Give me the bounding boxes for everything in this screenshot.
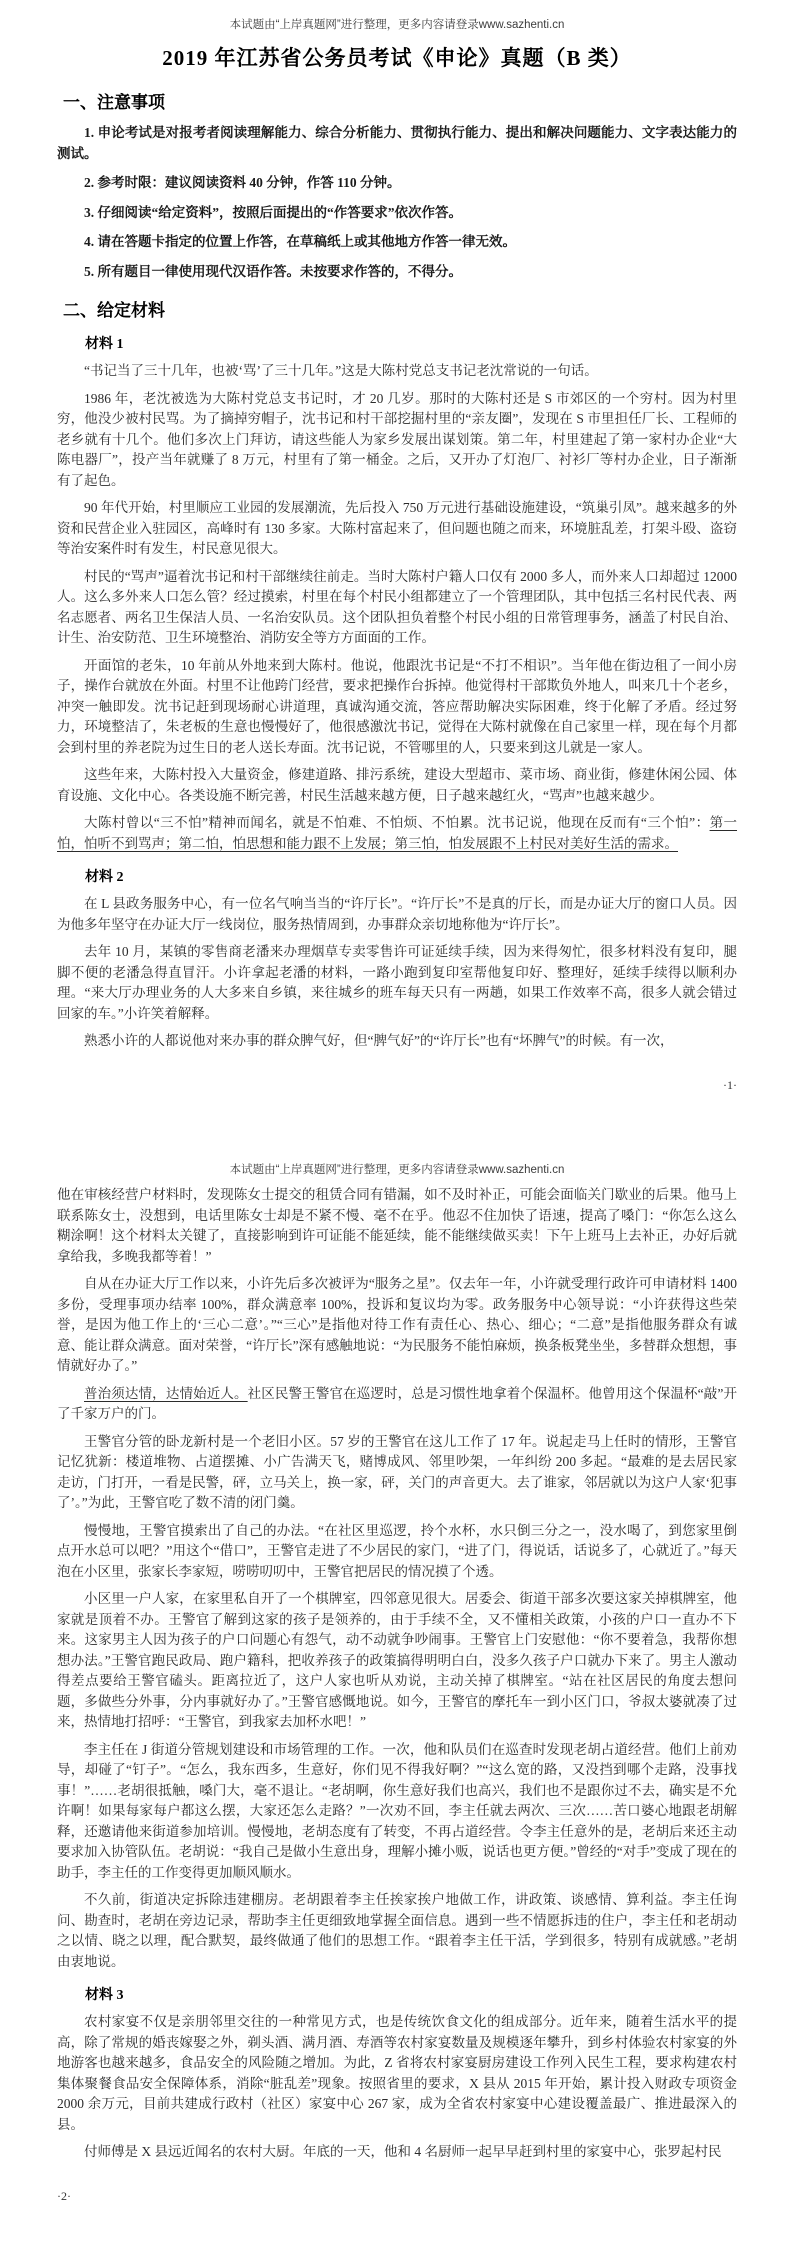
text-segment: 一、注意事项 <box>63 93 165 112</box>
paragraph: 农村家宴不仅是亲朋邻里交往的一种常见方式，也是传统饮食文化的组成部分。近年来，随… <box>57 2012 737 2135</box>
paragraph: 普治须达情，达情始近人。社区民警王警官在巡逻时，总是习惯性地拿着个保温杯。他曾用… <box>57 1384 737 1425</box>
text-segment: 王警官分管的卧龙新村是一个老旧小区。57 岁的王警官在这儿工作了 17 年。说起… <box>57 1434 737 1511</box>
text-segment: 村民的“骂声”逼着沈书记和村干部继续往前走。当时大陈村户籍人口仅有 2000 多… <box>57 569 737 646</box>
notice-item: 1. 申论考试是对报考者阅读理解能力、综合分析能力、贯彻执行能力、提出和解决问题… <box>57 123 737 164</box>
text-segment: 材料 3 <box>85 1988 124 2003</box>
text-segment: 这些年来，大陈村投入大量资金，修建道路、排污系统，建设大型超市、菜市场、商业街，… <box>57 767 737 803</box>
paragraph: 不久前，街道决定拆除违建棚房。老胡跟着李主任挨家挨户地做工作，讲政策、谈感情、算… <box>57 1890 737 1972</box>
text-segment: 自从在办证大厅工作以来，小许先后多次被评为“服务之星”。仅去年一年，小许就受理行… <box>57 1276 737 1373</box>
text-segment: 熟悉小许的人都说他对来办事的群众脾气好，但“脾气好”的“许厅长”也有“坏脾气”的… <box>84 1033 673 1048</box>
paragraph: 熟悉小许的人都说他对来办事的群众脾气好，但“脾气好”的“许厅长”也有“坏脾气”的… <box>57 1031 737 1052</box>
page-number: ·1· <box>723 1078 737 1093</box>
paragraph: 这些年来，大陈村投入大量资金，修建道路、排污系统，建设大型超市、菜市场、商业街，… <box>57 765 737 806</box>
doc-title: 2019 年江苏省公务员考试《申论》真题（B 类） <box>57 42 737 72</box>
text-segment: 农村家宴不仅是亲朋邻里交往的一种常见方式，也是传统饮食文化的组成部分。近年来，随… <box>57 2014 737 2132</box>
notice-item: 4. 请在答题卡指定的位置上作答，在草稿纸上或其他地方作答一律无效。 <box>57 232 737 253</box>
text-segment: 3. 仔细阅读“给定资料”，按照后面提出的“作答要求”依次作答。 <box>84 205 462 220</box>
text-segment: 不久前，街道决定拆除违建棚房。老胡跟着李主任挨家挨户地做工作，讲政策、谈感情、算… <box>57 1892 737 1969</box>
text-segment: 4. 请在答题卡指定的位置上作答，在草稿纸上或其他地方作答一律无效。 <box>84 234 516 249</box>
text-segment: 李主任在 J 街道分管规划建设和市场管理的工作。一次，他和队员们在巡查时发现老胡… <box>57 1742 737 1880</box>
page-header-note: 本试题由“上岸真题网”进行整理，更多内容请登录www.sazhenti.cn <box>57 16 737 32</box>
text-segment: 小区里一户人家，在家里私自开了一个棋牌室，四邻意见很大。居委会、街道干部多次要这… <box>57 1591 737 1729</box>
page1-content: 一、注意事项1. 申论考试是对报考者阅读理解能力、综合分析能力、贯彻执行能力、提… <box>57 88 737 1052</box>
paragraph: 大陈村曾以“三不怕”精神而闻名，就是不怕难、不怕烦、不怕累。沈书记说，他现在反而… <box>57 813 737 854</box>
text-segment: 大陈村曾以“三不怕”精神而闻名，就是不怕难、不怕烦、不怕累。沈书记说，他现在反而… <box>84 815 710 830</box>
text-segment: 材料 1 <box>85 337 124 352</box>
paragraph: 去年 10 月，某镇的零售商老潘来办理烟草专卖零售许可证延续手续，因为来得匆忙，… <box>57 942 737 1024</box>
text-segment: 慢慢地，王警官摸索出了自己的办法。“在社区里巡逻，拎个水杯，水只倒三分之一，没水… <box>57 1523 737 1579</box>
page-header-note: 本试题由“上岸真题网”进行整理，更多内容请登录www.sazhenti.cn <box>57 1161 737 1177</box>
material-heading: 材料 2 <box>57 866 737 886</box>
text-segment: 1986 年，老沈被选为大陈村党总支书记时，才 20 几岁。那时的大陈村还是 S… <box>57 391 737 488</box>
paragraph: 王警官分管的卧龙新村是一个老旧小区。57 岁的王警官在这儿工作了 17 年。说起… <box>57 1432 737 1514</box>
text-segment: 1. 申论考试是对报考者阅读理解能力、综合分析能力、贯彻执行能力、提出和解决问题… <box>57 125 737 161</box>
text-segment: 90 年代开始，村里顺应工业园的发展潮流，先后投入 750 万元进行基础设施建设… <box>57 500 737 556</box>
text-segment: “书记当了三十几年，也被‘骂’了三十几年。”这是大陈村党总支书记老沈常说的一句话… <box>84 363 598 378</box>
text-segment: 5. 所有题目一律使用现代汉语作答。未按要求作答的，不得分。 <box>84 264 462 279</box>
paragraph: 付师傅是 X 县远近闻名的农村大厨。年底的一天，他和 4 名厨师一起早早赶到村里… <box>57 2142 737 2163</box>
notice-item: 3. 仔细阅读“给定资料”，按照后面提出的“作答要求”依次作答。 <box>57 203 737 224</box>
notice-item: 2. 参考时限：建议阅读资料 40 分钟，作答 110 分钟。 <box>57 173 737 194</box>
paragraph: 小区里一户人家，在家里私自开了一个棋牌室，四邻意见很大。居委会、街道干部多次要这… <box>57 1589 737 1733</box>
paragraph: “书记当了三十几年，也被‘骂’了三十几年。”这是大陈村党总支书记老沈常说的一句话… <box>57 361 737 382</box>
paragraph: 1986 年，老沈被选为大陈村党总支书记时，才 20 几岁。那时的大陈村还是 S… <box>57 389 737 492</box>
underlined-text: 普治须达情，达情始近人。 <box>84 1386 248 1401</box>
paragraph: 在 L 县政务服务中心，有一位名气响当当的“许厅长”。“许厅长”不是真的厅长，而… <box>57 894 737 935</box>
paragraph: 李主任在 J 街道分管规划建设和市场管理的工作。一次，他和队员们在巡查时发现老胡… <box>57 1740 737 1884</box>
notice-item: 5. 所有题目一律使用现代汉语作答。未按要求作答的，不得分。 <box>57 262 737 283</box>
paragraph: 开面馆的老朱，10 年前从外地来到大陈村。他说，他跟沈书记是“不打不相识”。当年… <box>57 656 737 759</box>
text-segment: 开面馆的老朱，10 年前从外地来到大陈村。他说，他跟沈书记是“不打不相识”。当年… <box>57 658 737 755</box>
text-segment: 在 L 县政务服务中心，有一位名气响当当的“许厅长”。“许厅长”不是真的厅长，而… <box>57 896 737 932</box>
page-number: ·2· <box>57 2189 71 2204</box>
page-2: 本试题由“上岸真题网”进行整理，更多内容请登录www.sazhenti.cn 他… <box>0 1145 794 2244</box>
text-segment: 去年 10 月，某镇的零售商老潘来办理烟草专卖零售许可证延续手续，因为来得匆忙，… <box>57 944 737 1021</box>
text-segment: 2. 参考时限：建议阅读资料 40 分钟，作答 110 分钟。 <box>84 175 401 190</box>
material-heading: 材料 3 <box>57 1984 737 2004</box>
section-heading: 一、注意事项 <box>57 88 737 113</box>
paragraph: 村民的“骂声”逼着沈书记和村干部继续往前走。当时大陈村户籍人口仅有 2000 多… <box>57 567 737 649</box>
text-segment: 他在审核经营户材料时，发现陈女士提交的租赁合同有错漏，如不及时补正，可能会面临关… <box>57 1187 737 1264</box>
text-segment: 材料 2 <box>85 870 124 885</box>
material-heading: 材料 1 <box>57 333 737 353</box>
paragraph-continuation: 他在审核经营户材料时，发现陈女士提交的租赁合同有错漏，如不及时补正，可能会面临关… <box>57 1185 737 1267</box>
text-segment: 付师傅是 X 县远近闻名的农村大厨。年底的一天，他和 4 名厨师一起早早赶到村里… <box>84 2144 722 2159</box>
document-scroll: { "doc": { "header_note": "本试题由“上岸真题网”进行… <box>0 0 794 2244</box>
paragraph: 自从在办证大厅工作以来，小许先后多次被评为“服务之星”。仅去年一年，小许就受理行… <box>57 1274 737 1377</box>
text-segment: 二、给定材料 <box>63 301 165 320</box>
section-heading: 二、给定材料 <box>57 296 737 321</box>
page2-content: 他在审核经营户材料时，发现陈女士提交的租赁合同有错漏，如不及时补正，可能会面临关… <box>57 1185 737 2163</box>
paragraph: 慢慢地，王警官摸索出了自己的办法。“在社区里巡逻，拎个水杯，水只倒三分之一，没水… <box>57 1521 737 1583</box>
paragraph: 90 年代开始，村里顺应工业园的发展潮流，先后投入 750 万元进行基础设施建设… <box>57 498 737 560</box>
page-1: 本试题由“上岸真题网”进行整理，更多内容请登录www.sazhenti.cn 2… <box>0 0 794 1145</box>
